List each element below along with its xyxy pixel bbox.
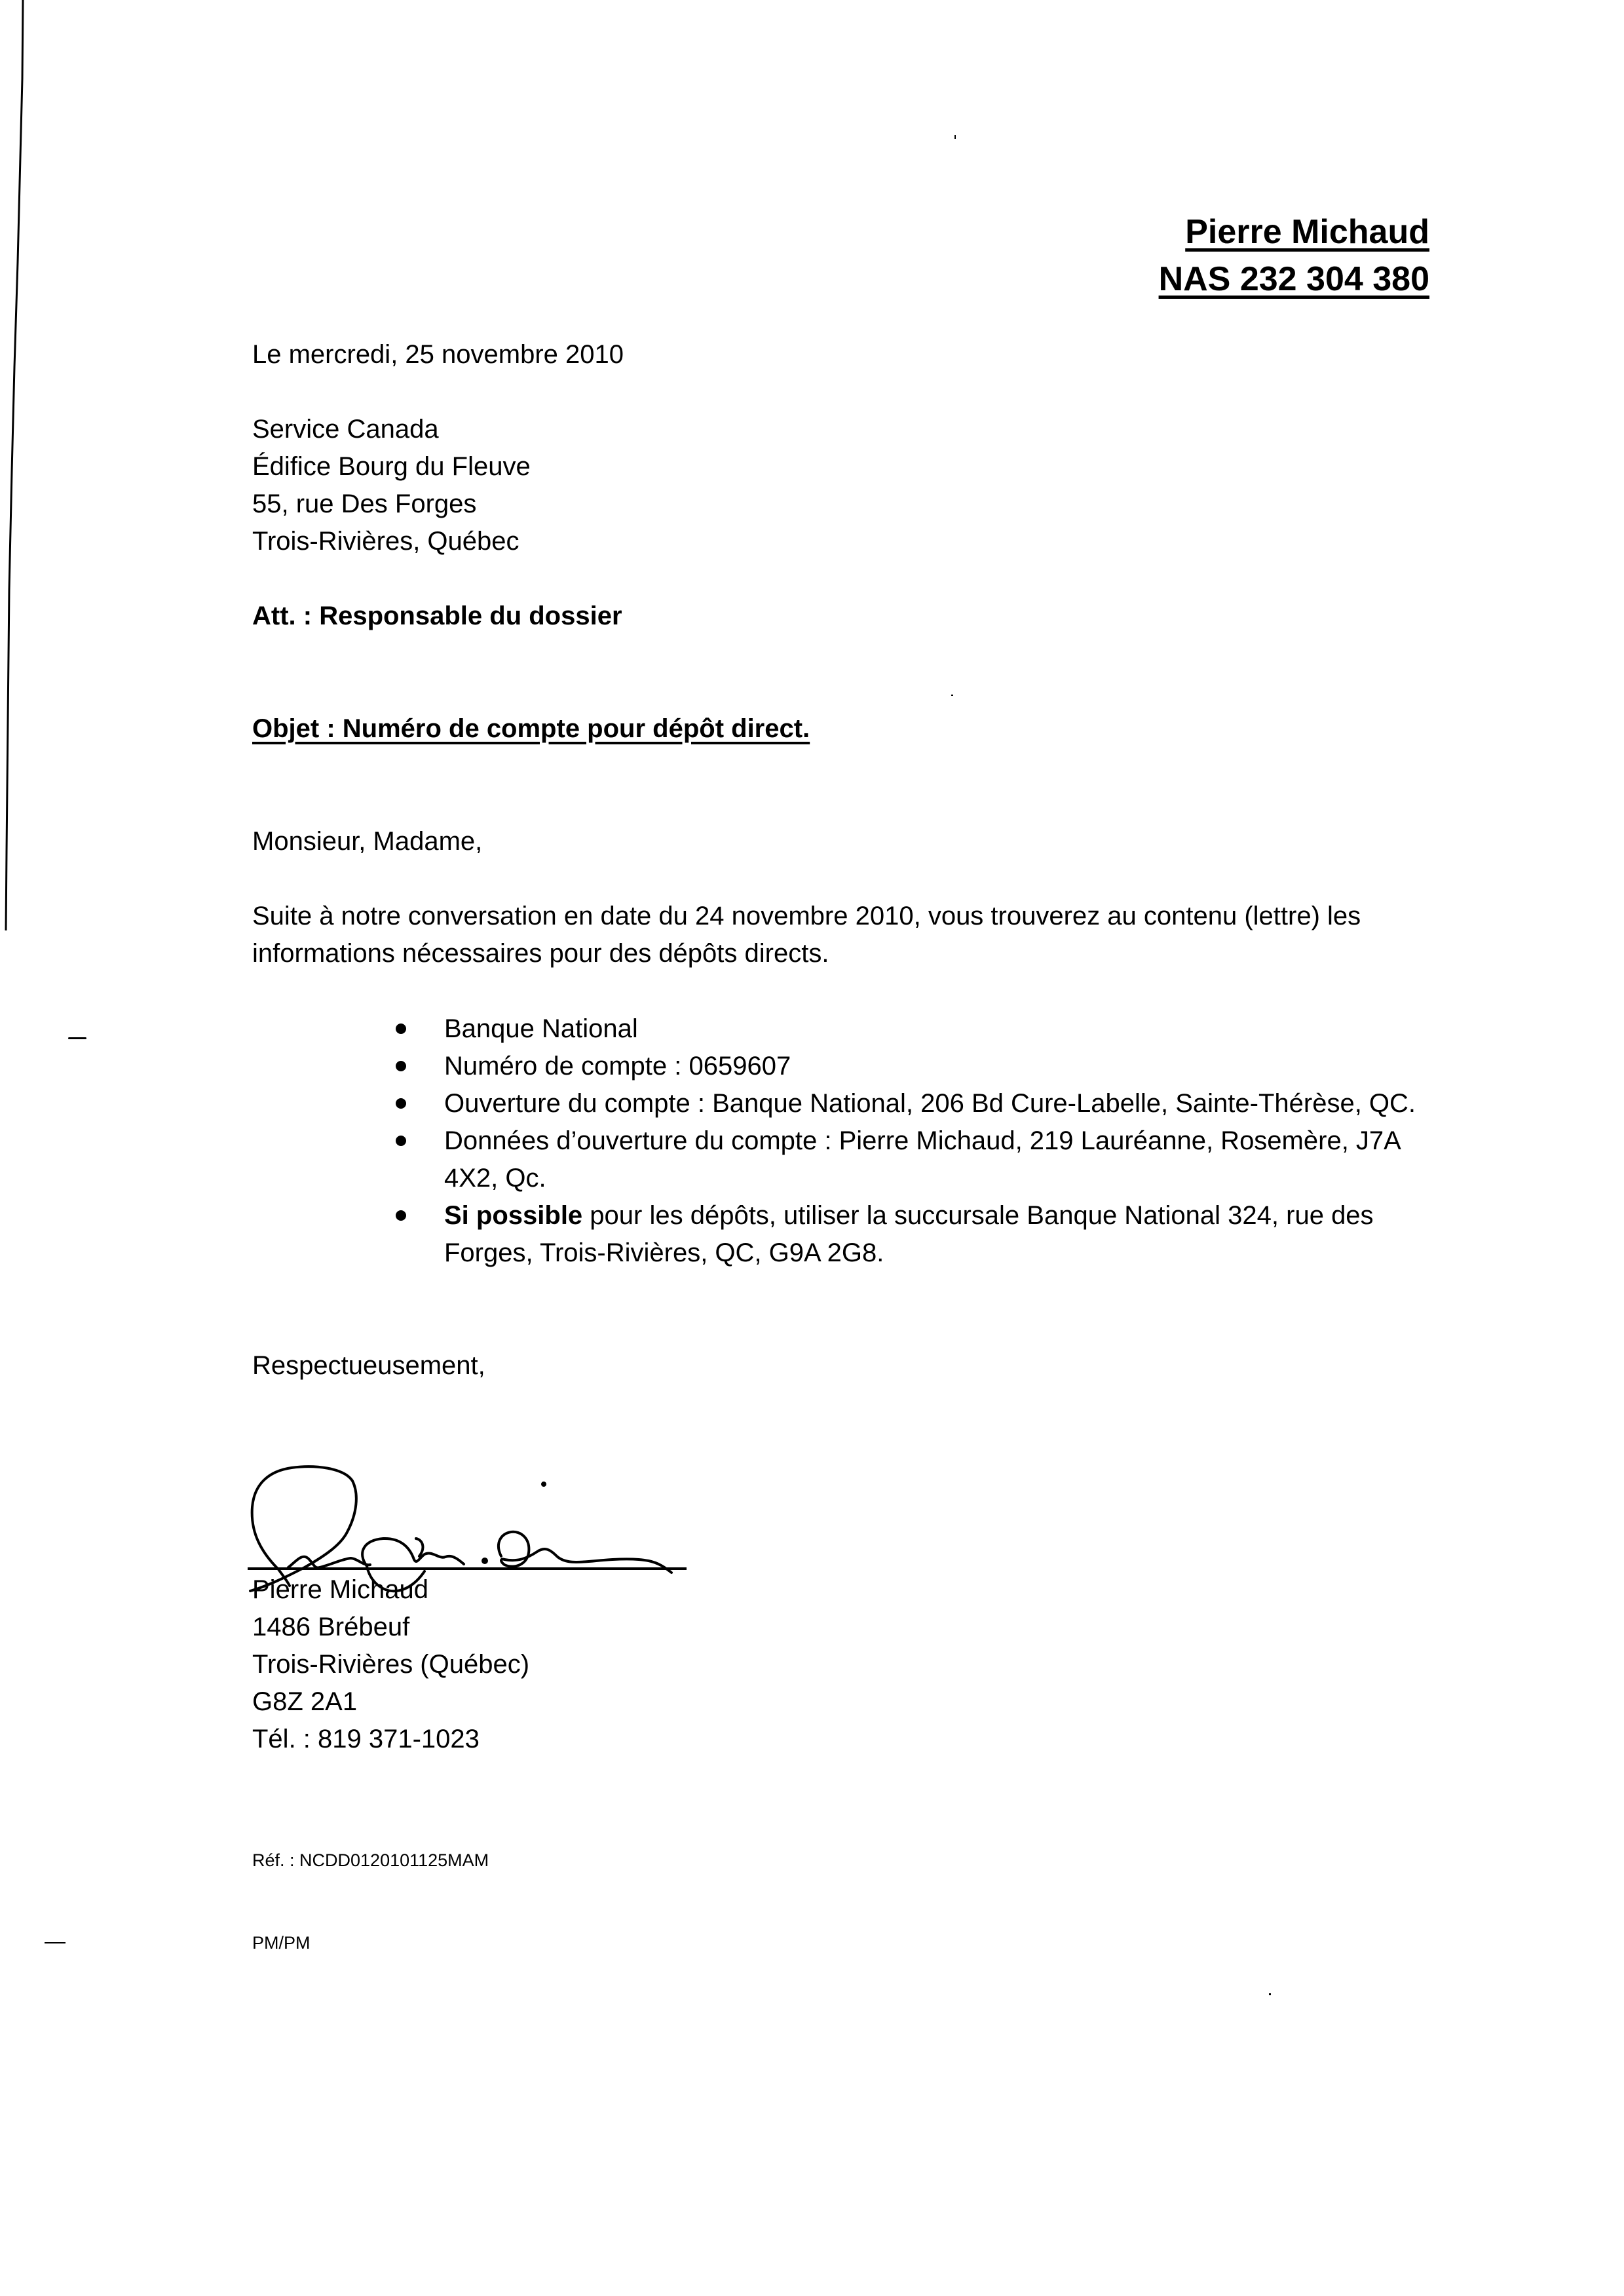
account-details-list: Banque National Numéro de compte : 06596… — [393, 1010, 1441, 1272]
bullet-icon — [396, 1061, 406, 1071]
bullet-icon — [396, 1136, 406, 1146]
signer-city: Trois-Rivières (Québec) — [252, 1646, 529, 1683]
sender-header: Pierre Michaud NAS 232 304 380 — [1159, 208, 1429, 303]
scan-speck — [45, 1942, 66, 1943]
signer-phone: Tél. : 819 371-1023 — [252, 1721, 529, 1758]
scan-edge-line — [0, 0, 39, 996]
list-item: Données d’ouverture du compte : Pierre M… — [393, 1122, 1441, 1197]
list-item: Ouverture du compte : Banque National, 2… — [393, 1085, 1441, 1122]
closing: Respectueusement, — [252, 1347, 485, 1385]
list-item: Numéro de compte : 0659607 — [393, 1048, 1441, 1085]
letter-date: Le mercredi, 25 novembre 2010 — [252, 336, 624, 373]
recipient-line: Édifice Bourg du Fleuve — [252, 448, 531, 486]
list-item: Si possible pour les dépôts, utiliser la… — [393, 1197, 1441, 1272]
list-item: Banque National — [393, 1010, 1441, 1048]
signer-name: Pierre Michaud — [252, 1571, 529, 1609]
body-paragraph: Suite à notre conversation en date du 24… — [252, 898, 1431, 972]
subject-line: Objet : Numéro de compte pour dépôt dire… — [252, 710, 810, 748]
sender-nas: NAS 232 304 380 — [1159, 256, 1429, 303]
scan-speck — [1269, 1993, 1271, 1995]
recipient-line: 55, rue Des Forges — [252, 486, 531, 523]
reference-number: Réf. : NCDD0120101125MAM — [252, 1849, 489, 1871]
scan-speck — [954, 135, 956, 139]
signature-block: Pierre Michaud 1486 Brébeuf Trois-Rivièr… — [252, 1571, 529, 1758]
recipient-address: Service Canada Édifice Bourg du Fleuve 5… — [252, 411, 531, 560]
bullet-icon — [396, 1210, 406, 1221]
typist-initials: PM/PM — [252, 1932, 311, 1954]
scan-speck — [68, 1037, 86, 1039]
bullet-icon — [396, 1098, 406, 1109]
signer-postal-code: G8Z 2A1 — [252, 1683, 529, 1721]
signer-street: 1486 Brébeuf — [252, 1609, 529, 1646]
attention-line: Att. : Responsable du dossier — [252, 598, 622, 635]
scan-speck — [951, 695, 953, 696]
salutation: Monsieur, Madame, — [252, 823, 482, 860]
bullet-icon — [396, 1024, 406, 1034]
signature-line — [248, 1567, 687, 1570]
recipient-line: Service Canada — [252, 411, 531, 448]
recipient-line: Trois-Rivières, Québec — [252, 523, 531, 560]
sender-name: Pierre Michaud — [1159, 208, 1429, 256]
